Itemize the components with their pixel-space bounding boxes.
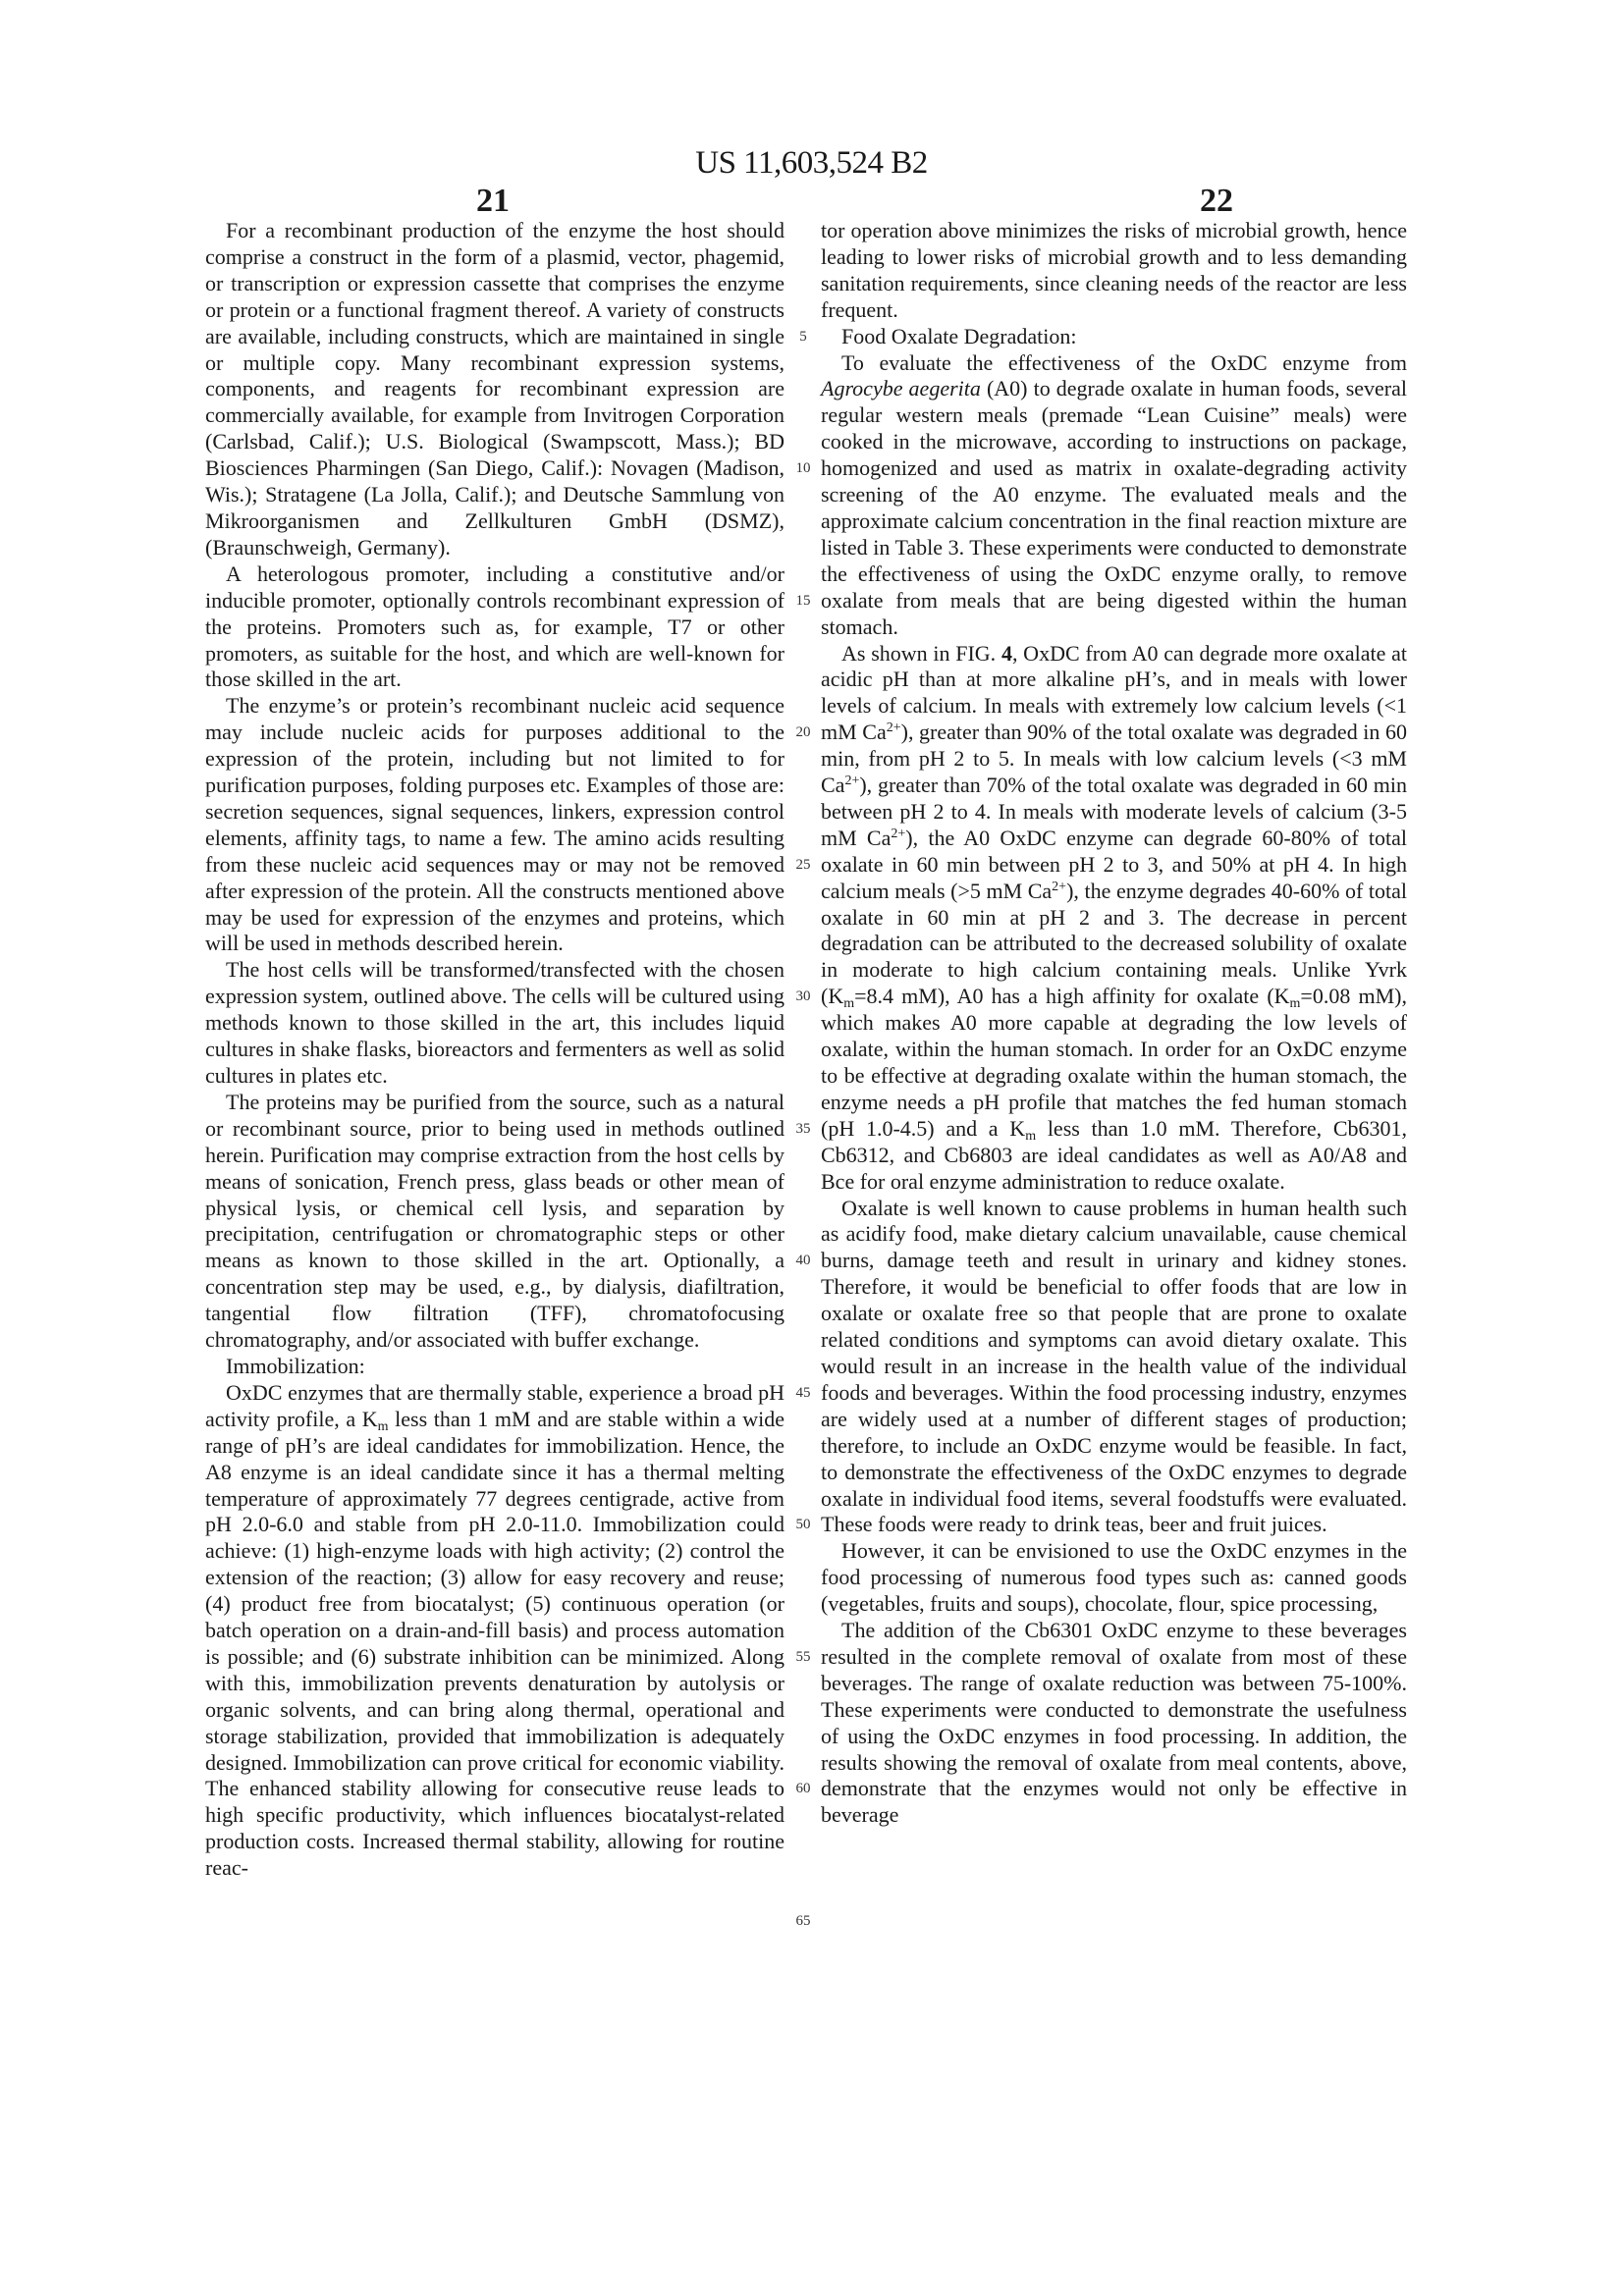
superscript: 2+ — [1052, 880, 1066, 894]
line-number: 45 — [785, 1380, 821, 1407]
paragraph-oxalate-health-problems: Oxalate is well known to cause problems … — [821, 1196, 1407, 1539]
superscript: 2+ — [891, 827, 905, 841]
left-column: For a recombinant production of the enzy… — [205, 218, 784, 1882]
paragraph-evaluate-effectiveness: To evaluate the effectiveness of the OxD… — [821, 350, 1407, 641]
paragraph-reactor-operation: tor operation above minimizes the risks … — [821, 218, 1407, 324]
line-number: 5 — [785, 324, 821, 350]
subscript: m — [843, 996, 854, 1011]
paragraph-fig4-results: As shown in FIG. 4, OxDC from A0 can deg… — [821, 641, 1407, 1196]
line-number: 15 — [785, 588, 821, 614]
line-number: 65 — [785, 1908, 821, 1935]
line-number: 25 — [785, 852, 821, 879]
subscript: m — [378, 1419, 389, 1434]
text-run: To evaluate the effectiveness of the OxD… — [841, 350, 1407, 375]
paragraph-cb6301-beverages: The addition of the Cb6301 OxDC enzyme t… — [821, 1618, 1407, 1829]
paragraph-recombinant-production: For a recombinant production of the enzy… — [205, 218, 784, 561]
heading-immobilization: Immobilization: — [205, 1354, 784, 1380]
line-number: 40 — [785, 1248, 821, 1274]
line-number-gutter: 5101520253035404550556065 — [785, 218, 821, 1985]
text-run: =8.4 mM), A0 has a high affinity for oxa… — [854, 984, 1289, 1008]
subscript: m — [1025, 1129, 1036, 1144]
text-run: (A0) to degrade oxalate in human foods, … — [821, 376, 1407, 638]
paragraph-protein-purification: The proteins may be purified from the so… — [205, 1090, 784, 1354]
paragraph-immobilization: OxDC enzymes that are thermally stable, … — [205, 1380, 784, 1882]
text-run: As shown in FIG. — [841, 641, 1001, 666]
column-number-left: 21 — [444, 183, 542, 220]
figure-reference: 4 — [1001, 641, 1012, 666]
species-name: Agrocybe aegerita — [821, 376, 981, 400]
subscript: m — [1290, 996, 1301, 1011]
line-number: 55 — [785, 1644, 821, 1671]
patent-number: US 11,603,524 B2 — [0, 145, 1623, 182]
heading-food-oxalate-degradation: Food Oxalate Degradation: — [821, 324, 1407, 350]
paragraph-food-processing: However, it can be envisioned to use the… — [821, 1538, 1407, 1618]
line-number: 35 — [785, 1116, 821, 1143]
superscript: 2+ — [887, 721, 901, 735]
column-number-right: 22 — [1167, 183, 1266, 220]
paragraph-nucleic-acid-sequence: The enzyme’s or protein’s recombinant nu… — [205, 693, 784, 957]
paragraph-host-cells: The host cells will be transformed/trans… — [205, 957, 784, 1090]
text-run: less than 1 mM and are stable within a w… — [205, 1407, 784, 1880]
line-number: 60 — [785, 1776, 821, 1802]
paragraph-heterologous-promoter: A heterologous promoter, including a con… — [205, 561, 784, 694]
line-number: 10 — [785, 455, 821, 482]
right-column: tor operation above minimizes the risks … — [821, 218, 1407, 1829]
line-number: 30 — [785, 984, 821, 1010]
line-number: 50 — [785, 1512, 821, 1538]
superscript: 2+ — [844, 774, 859, 788]
line-number: 20 — [785, 720, 821, 746]
